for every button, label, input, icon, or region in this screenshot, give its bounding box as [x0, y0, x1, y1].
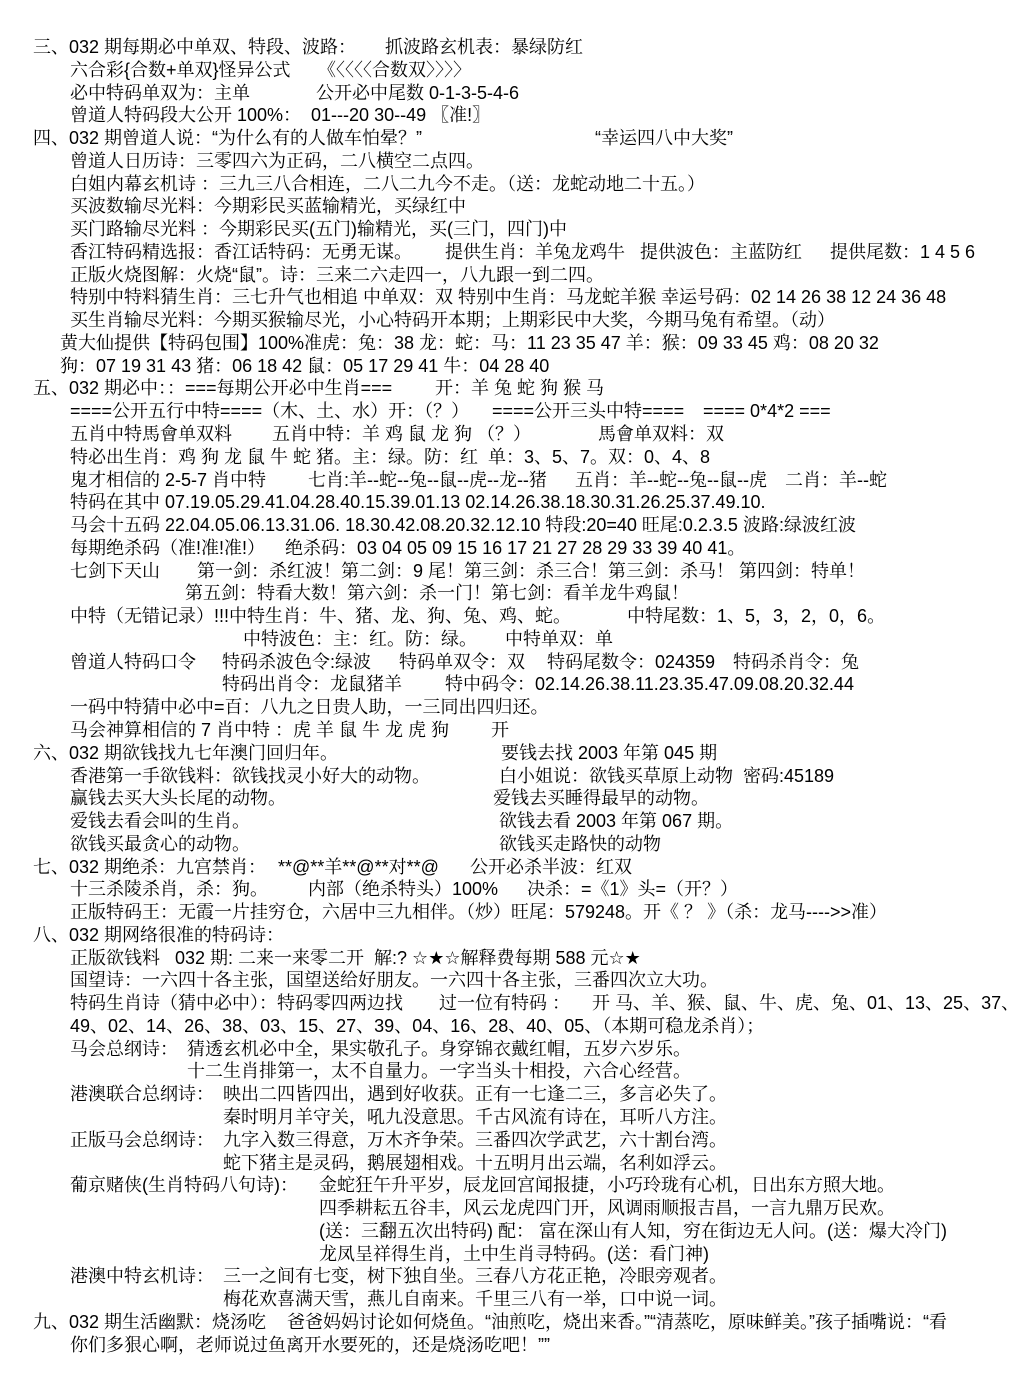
text-line: 正版马会总纲诗： 九字入数三得意，万木齐争荣。三番四次学武艺，六十割台湾。 — [0, 1129, 1024, 1152]
poem-line: 金蛇狂午升平岁，辰龙回宫闻报捷，小巧玲珑有心机，日出东方照大地。 — [319, 1174, 895, 1197]
poem-label: 正版马会总纲诗： — [70, 1129, 214, 1152]
text-line: 赢钱去买大头长尾的动物。 爱钱去买睡得最早的动物。 — [0, 787, 1024, 810]
text-line: 买生肖输尽光料：今期买猴输尽光，小心特码开本期；上期彩民中大奖，今期马兔有希望。… — [0, 309, 1024, 332]
text-line: 每期绝杀码（准!准!准!） 绝杀码：03 04 05 09 15 16 17 2… — [0, 537, 1024, 560]
winning-zodiac: 中特（无错记录）!!!中特生肖：牛、猪、龙、狗、兔、鸡、蛇。 — [70, 605, 571, 628]
zodiac-poem-hint: 过一位有特码 ： — [439, 992, 570, 1015]
text-line: 梅花欢喜满天雪，燕儿自南来。千里三八有一举，口中说一词。 — [0, 1288, 1024, 1311]
text-line: 五肖中特馬會单双料 五肖中特：羊 鸡 鼠 龙 狗 （？） 馬會单双料：双 — [0, 423, 1024, 446]
poem-line: 国望诗：一六四十各主张，国望送给好朋友。一六四十各主张，三番四次立大功。 — [70, 969, 718, 992]
section-3: 三、032 期每期必中单双、特段、波路： 抓波路玄机表：暴绿防红 六合彩{合数+… — [0, 36, 1024, 127]
special-code-king: 正版特码王：无霞一片挂穷仓，六居中三九相伴。（炒）旺尾：579248。开《 ？ … — [70, 901, 887, 924]
poem-line: 映出二四皆四出，遇到好收获。正有一七逢二三，多言必失了。 — [223, 1083, 727, 1106]
slogan-text: “幸运四八中大奖” — [595, 127, 733, 150]
riddle-fee-line: 正版欲钱料 032 期: 二来一来零二开 解:? ☆★☆解释费每期 588 元☆… — [70, 947, 641, 970]
winning-wave-color: 中特波色：主：红。防：绿。 — [243, 628, 477, 651]
poem-line: 猜透玄机必中全，果实敬孔子。身穿锦衣戴红帽，五岁六岁乐。 — [187, 1038, 691, 1061]
zodiac-loss-tip: 买生肖输尽光料：今期买猴输尽光，小心特码开本期；上期彩民中大奖，今期马兔有希望。… — [70, 309, 835, 332]
text-line: 买门路输尽光料 ：今期彩民买(五门)输精光，买(三门，四门)中 — [0, 218, 1024, 241]
text-line: (送：三翻五次出特码) 配： 富在深山有人知，穷在街边无人问。(送：爆大冷门) — [0, 1220, 1024, 1243]
poem-label: 马会总纲诗： — [70, 1038, 178, 1061]
text-line: 曾道人特码口令 特码杀波色令:绿波 特码单双令：双 特码尾数令：024359 特… — [0, 651, 1024, 674]
text-line: 买波数输尽光料：今期彩民买蓝输精光，买绿红中 — [0, 195, 1024, 218]
heading-text: 四、032 期曾道人说：“为什么有的人做车怕晕？” — [33, 127, 422, 150]
text-line: 葡京赌侠(生肖特码八句诗)： 金蛇狂午升平岁，辰龙回宫闻报捷，小巧玲珑有心机，日… — [0, 1174, 1024, 1197]
number-range-tip: 曾道人特码段大公开 100%： 01---20 30--49 〖准!〗 — [70, 104, 490, 127]
three-heads-label: ====公开三头中特==== — [492, 400, 684, 423]
one-code-tip: 一码中特猜中必中=百：八九之日贵人助，一三同出四归还。 — [70, 696, 549, 719]
poem-line: 龙凤呈祥得生肖，土中生肖寻特码。(送：看门神) — [319, 1243, 709, 1266]
zodiac-pick-label: 鬼才相信的 2-5-7 肖中特 — [70, 469, 266, 492]
poem-line: 三一之间有七变，树下独自坐。三春八方花正艳，冷眼旁观者。 — [223, 1265, 727, 1288]
section-heading: 七、032 期绝杀：九宫禁肖： **@**羊**@**对**@ 公开必杀半波：红… — [0, 856, 1024, 879]
nine-palace-code: **@**羊**@**对**@ — [278, 856, 439, 879]
poem-line: 蛇下猪主是灵码，鹅展翅相戏。十五明月出云端，名利如浮云。 — [223, 1152, 727, 1175]
text-line: 秦时明月羊守关，吼九没意思。千古风流有诗在，耳听八方注。 — [0, 1106, 1024, 1129]
text-line: 马会十五码 22.04.05.06.13.31.06. 18.30.42.08.… — [0, 514, 1024, 537]
text-line: 曾道人特码段大公开 100%： 01---20 30--49 〖准!〗 — [0, 104, 1024, 127]
winning-tail-numbers: 中特尾数：1、5，3，2，0，6。 — [627, 605, 885, 628]
zodiac-tip: 提供生肖：羊兔龙鸡牛 — [445, 241, 625, 264]
section-4: 四、032 期曾道人说：“为什么有的人做车怕晕？” “幸运四八中大奖” 曾道人日… — [0, 127, 1024, 377]
final-kill: 决杀：=《1》头=（开？） — [527, 878, 738, 901]
riddle-right: 欲钱去看 2003 年第 067 期。 — [499, 810, 733, 833]
section-7: 七、032 期绝杀：九宫禁肖： **@**羊**@**对**@ 公开必杀半波：红… — [0, 856, 1024, 924]
text-line: 特必出生肖：鸡 狗 龙 鼠 牛 蛇 猪。主：绿。防：红 单：3、5、7。双：0、… — [0, 446, 1024, 469]
joke-text: 爸爸妈妈讨论如何烧鱼。“油煎吃，烧出来香。”“清蒸吃，原味鲜美。”孩子插嘴说：“… — [287, 1311, 947, 1334]
riddle-left: 欲钱买最贪心的动物。 — [70, 833, 250, 856]
five-zodiac-label: 五肖中特馬會单双料 — [70, 423, 232, 446]
three-heads-value: ==== 0*4*2 === — [703, 400, 831, 423]
heading-text: 九、032 期生活幽默：烧汤吃 — [33, 1311, 266, 1334]
text-line: 正版火烧图解：火烧“鼠”。诗：三来二六走四一，八九跟一到二四。 — [0, 264, 1024, 287]
text-line: 特码生肖诗（猜中必中）：特码零四两边找 过一位有特码 ： 开 马、羊、猴、鼠、牛… — [0, 992, 1024, 1015]
text-line: 龙凤呈祥得生肖，土中生肖寻特码。(送：看门神) — [0, 1243, 1024, 1266]
zodiac-kill: 十三杀陵杀肖，杀：狗。 — [70, 878, 268, 901]
zodiac-poem-label: 特码生肖诗（猜中必中）：特码零四两边找 — [70, 992, 403, 1015]
text-line: 蛇下猪主是灵码，鹅展翅相戏。十五明月出云端，名利如浮云。 — [0, 1152, 1024, 1175]
text-line: 特别中特料猜生肖：三七升气也相追 中单双：双 特别中生肖：马龙蛇羊猴 幸运号码：… — [0, 286, 1024, 309]
section-heading: 八、032 期网络很准的特码诗： — [0, 924, 1024, 947]
text-line: 白姐内幕玄机诗 ：三九三八合相连，二八二九今不走。（送：龙蛇动地二十五。） — [0, 173, 1024, 196]
poem-label: 港澳联合总纲诗： — [70, 1083, 214, 1106]
poem-line: 秦时明月羊守关，吼九没意思。千古风流有诗在，耳听八方注。 — [223, 1106, 727, 1129]
must-appear-zodiac: 特必出生肖：鸡 狗 龙 鼠 牛 蛇 猪。主：绿。防：红 单：3、5、7。双：0、… — [70, 446, 710, 469]
text-line: 马会总纲诗： 猜透玄机必中全，果实敬孔子。身穿锦衣戴红帽，五岁六岁乐。 — [0, 1038, 1024, 1061]
heading-text: 五、032 期必中：：===每期公开必中生肖=== — [33, 377, 392, 400]
winning-odd-even: 中特单双：单 — [505, 628, 613, 651]
text-line: 六合彩{合数+单双}怪异公式 《〈〈〈〈合数双〉〉〉〉 — [0, 59, 1024, 82]
number-list: 特码在其中 07.19.05.29.41.04.28.40.15.39.01.1… — [70, 491, 766, 514]
text-line: 中特（无错记录）!!!中特生肖：牛、猪、龙、狗、兔、鸡、蛇。 中特尾数：1、5，… — [0, 605, 1024, 628]
text-line: 黄大仙提供【特码包围】100%准虎：兔：38 龙：蛇：马：11 23 35 47… — [0, 332, 1024, 355]
section-5: 五、032 期必中：：===每期公开必中生肖=== 开：羊 兔 蛇 狗 猴 马 … — [0, 377, 1024, 741]
kill-number-label: 每期绝杀码（准!准!准!） — [70, 537, 265, 560]
text-line: 十三杀陵杀肖，杀：狗。 内部（绝杀特头）100% 决杀：=《1》头=（开？） — [0, 878, 1024, 901]
zodiac-kill-order: 特码杀肖令：兔 — [733, 651, 859, 674]
text-line: 四季耕耘五谷丰，风云龙虎四门开，风调雨顺报吉昌，一言九鼎万民欢。 — [0, 1197, 1024, 1220]
section-6: 六、032 期欲钱找九七年澳门回归年。 要钱去找 2003 年第 045 期 香… — [0, 742, 1024, 856]
heading-text: 七、032 期绝杀：九宫禁肖： — [33, 856, 266, 879]
two-zodiac: 二肖：羊--蛇 — [785, 469, 887, 492]
seven-zodiac: 七肖:羊--蛇--兔--鼠--虎--龙--猪 — [308, 469, 547, 492]
riddle-right: 白小姐说：欲钱买草原上动物 密码:45189 — [499, 765, 834, 788]
text-line: 国望诗：一六四十各主张，国望送给好朋友。一六四十各主张，三番四次立大功。 — [0, 969, 1024, 992]
text-line: 正版欲钱料 032 期: 二来一来零二开 解:? ☆★☆解释费每期 588 元☆… — [0, 947, 1024, 970]
odd-even-value: 馬會单双料：双 — [598, 423, 724, 446]
heading-text: 八、032 期网络很准的特码诗： — [33, 924, 284, 947]
internal-kill: 内部（绝杀特头）100% — [308, 878, 498, 901]
open-text: 开 — [491, 719, 509, 742]
half-wave-kill: 公开必杀半波：红双 — [470, 856, 632, 879]
text-line: 特码出肖令：龙鼠猪羊 特中码令：02.14.26.38.11.23.35.47.… — [0, 673, 1024, 696]
text-line: 一码中特猜中必中=百：八九之日贵人助，一三同出四归还。 — [0, 696, 1024, 719]
kill-number-list: 绝杀码：03 04 05 09 15 16 17 21 27 28 29 33 … — [285, 537, 745, 560]
seven-swords-text: 第五剑：特看大数！第六剑：杀一门！第七剑：看羊龙牛鸡鼠！ — [185, 582, 689, 605]
text-line: 香江特码精选报：香江话特码：无勇无谋。 提供生肖：羊兔龙鸡牛 提供波色：主蓝防红… — [0, 241, 1024, 264]
section-heading: 三、032 期每期必中单双、特段、波路： 抓波路玄机表：暴绿防红 — [0, 36, 1024, 59]
section-8: 八、032 期网络很准的特码诗： 正版欲钱料 032 期: 二来一来零二开 解:… — [0, 924, 1024, 1311]
zodiac-number-list: 49、02、14、26、38、03、15、27、39、04、16、28、40、0… — [70, 1015, 764, 1038]
text-line: 港澳联合总纲诗： 映出二四皆四出，遇到好收获。正有一七逢二三，多言必失了。 — [0, 1083, 1024, 1106]
zodiac-number-list: 黄大仙提供【特码包围】100%准虎：兔：38 龙：蛇：马：11 23 35 47… — [60, 332, 879, 355]
poem-line: 九字入数三得意，万木齐争荣。三番四次学武艺，六十割台湾。 — [223, 1129, 727, 1152]
tail-number-tip: 公开必中尾数 0-1-3-5-4-6 — [316, 82, 519, 105]
lucky-numbers-line: 特别中特料猜生肖：三七升气也相追 中单双：双 特别中生肖：马龙蛇羊猴 幸运号码：… — [70, 286, 946, 309]
heading-text: 三、032 期每期必中单双、特段、波路： — [33, 36, 356, 59]
section-heading: 六、032 期欲钱找九七年澳门回归年。 要钱去找 2003 年第 045 期 — [0, 742, 1024, 765]
text-line: 香港第一手欲钱料：欲钱找灵小好大的动物。 白小姐说：欲钱买草原上动物 密码:45… — [0, 765, 1024, 788]
text-line: 十二生肖排第一，太不自量力。一字当头十相投，六合心经营。 — [0, 1060, 1024, 1083]
wave-color-tip: 提供波色：主蓝防红 — [640, 241, 802, 264]
text-line: 中特波色：主：红。防：绿。 中特单双：单 — [0, 628, 1024, 651]
joke-text: 你们多狠心啊，老师说过鱼离开水要死的，还是烧汤吃吧！”” — [70, 1334, 550, 1357]
text-line: 欲钱买最贪心的动物。 欲钱买走路快的动物 — [0, 833, 1024, 856]
odd-even-tip: 必中特码单双为：主单 — [70, 82, 250, 105]
text-line: 第五剑：特看大数！第六剑：杀一门！第七剑：看羊龙牛鸡鼠！ — [0, 582, 1024, 605]
section-9: 九、032 期生活幽默：烧汤吃 爸爸妈妈讨论如何烧鱼。“油煎吃，烧出来香。”“清… — [0, 1311, 1024, 1357]
fire-chart-tip: 正版火烧图解：火烧“鼠”。诗：三来二六走四一，八九跟一到二四。 — [70, 264, 604, 287]
five-zodiac-value: 五肖中特：羊 鸡 鼠 龙 狗 （？） — [272, 423, 531, 446]
riddle-right: 爱钱去买睡得最早的动物。 — [493, 787, 709, 810]
tail-number-tip: 提供尾数：1 4 5 6 — [830, 241, 975, 264]
poem-label: 葡京赌侠(生肖特码八句诗)： — [70, 1174, 298, 1197]
zodiac-open-list: 开：羊 兔 蛇 狗 猴 马 — [435, 377, 604, 400]
five-elements-tip: ====公开五行中特====（木、土、水）开：（？） — [70, 400, 469, 423]
special-number-order: 特中码令：02.14.26.38.11.23.35.47.09.08.20.32… — [445, 673, 854, 696]
document-page: 三、032 期每期必中单双、特段、波路： 抓波路玄机表：暴绿防红 六合彩{合数+… — [0, 0, 1024, 1388]
selection-report: 香江特码精选报：香江话特码：无勇无谋。 — [70, 241, 412, 264]
text-line: 你们多狠心啊，老师说过鱼离开水要死的，还是烧汤吃吧！”” — [0, 1334, 1024, 1357]
text-line: 必中特码单双为：主单 公开必中尾数 0-1-3-5-4-6 — [0, 82, 1024, 105]
zodiac-number-list: 狗：07 19 31 43 猪：06 18 42 鼠：05 17 29 41 牛… — [60, 355, 549, 378]
riddle-right: 欲钱买走路快的动物 — [499, 833, 661, 856]
five-zodiac: 五肖：羊--蛇--兔--鼠--虎 — [575, 469, 767, 492]
seven-zodiac-tip: 马会神算相信的 7 肖中特 ：虎 羊 鼠 牛 龙 虎 狗 — [70, 719, 449, 742]
mystery-poem: 白姐内幕玄机诗 ：三九三八合相连，二八二九今不走。（送：龙蛇动地二十五。） — [70, 173, 705, 196]
seven-swords-text: 第一剑：杀红波！第二剑：9 尾！第三剑：杀三合！第三剑：杀马！ 第四剑：特单！ — [197, 560, 865, 583]
wave-tip-text: 抓波路玄机表：暴绿防红 — [385, 36, 583, 59]
riddle-left: 赢钱去买大头长尾的动物。 — [70, 787, 286, 810]
section-heading: 四、032 期曾道人说：“为什么有的人做车怕晕？” “幸运四八中大奖” — [0, 127, 1024, 150]
text-line: ====公开五行中特====（木、土、水）开：（？） ====公开三头中特===… — [0, 400, 1024, 423]
wave-kill-order: 特码杀波色令:绿波 — [222, 651, 371, 674]
riddle-right: 要钱去找 2003 年第 045 期 — [501, 742, 717, 765]
text-line: 鬼才相信的 2-5-7 肖中特 七肖:羊--蛇--兔--鼠--虎--龙--猪 五… — [0, 469, 1024, 492]
password-label: 曾道人特码口令 — [70, 651, 196, 674]
riddle-left: 爱钱去看会叫的生肖。 — [70, 810, 250, 833]
riddle-left: 香港第一手欲钱料：欲钱找灵小好大的动物。 — [70, 765, 430, 788]
odd-even-order: 特码单双令：双 — [399, 651, 525, 674]
text-line: 七剑下天山 第一剑：杀红波！第二剑：9 尾！第三剑：杀三合！第三剑：杀马！ 第四… — [0, 560, 1024, 583]
zodiac-out-order: 特码出肖令：龙鼠猪羊 — [222, 673, 402, 696]
fifteen-numbers: 马会十五码 22.04.05.06.13.31.06. 18.30.42.08.… — [70, 514, 856, 537]
formula-value: 《〈〈〈〈合数双〉〉〉〉 — [318, 59, 471, 82]
text-line: 特码在其中 07.19.05.29.41.04.28.40.15.39.01.1… — [0, 491, 1024, 514]
poem-line: (送：三翻五次出特码) 配： 富在深山有人知，穷在街边无人问。(送：爆大冷门) — [319, 1220, 947, 1243]
calendar-poem: 曾道人日历诗：三零四六为正码，二八横空二点四。 — [70, 150, 484, 173]
text-line: 马会神算相信的 7 肖中特 ：虎 羊 鼠 牛 龙 虎 狗 开 — [0, 719, 1024, 742]
text-line: 狗：07 19 31 43 猪：06 18 42 鼠：05 17 29 41 牛… — [0, 355, 1024, 378]
text-line: 正版特码王：无霞一片挂穷仓，六居中三九相伴。（炒）旺尾：579248。开《 ？ … — [0, 901, 1024, 924]
heading-text: 六、032 期欲钱找九七年澳门回归年。 — [33, 742, 338, 765]
text-line: 曾道人日历诗：三零四六为正码，二八横空二点四。 — [0, 150, 1024, 173]
text-line: 49、02、14、26、38、03、15、27、39、04、16、28、40、0… — [0, 1015, 1024, 1038]
poem-line: 四季耕耘五谷丰，风云龙虎四门开，风调雨顺报吉昌，一言九鼎万民欢。 — [319, 1197, 895, 1220]
section-heading: 九、032 期生活幽默：烧汤吃 爸爸妈妈讨论如何烧鱼。“油煎吃，烧出来香。”“清… — [0, 1311, 1024, 1334]
text-line: 爱钱去看会叫的生肖。 欲钱去看 2003 年第 067 期。 — [0, 810, 1024, 833]
door-tip-text: 买门路输尽光料 ：今期彩民买(五门)输精光，买(三门，四门)中 — [70, 218, 567, 241]
formula-label: 六合彩{合数+单双}怪异公式 — [70, 59, 291, 82]
section-heading: 五、032 期必中：：===每期公开必中生肖=== 开：羊 兔 蛇 狗 猴 马 — [0, 377, 1024, 400]
wave-tip-text: 买波数输尽光料：今期彩民买蓝输精光，买绿红中 — [70, 195, 466, 218]
zodiac-number-list: 开 马、羊、猴、鼠、牛、虎、兔、01、13、25、37、 — [592, 992, 1019, 1015]
poem-line: 十二生肖排第一，太不自量力。一字当头十相投，六合心经营。 — [187, 1060, 691, 1083]
text-line: 港澳中特玄机诗： 三一之间有七变，树下独自坐。三春八方花正艳，冷眼旁观者。 — [0, 1265, 1024, 1288]
tail-number-order: 特码尾数令：024359 — [547, 651, 715, 674]
poem-line: 梅花欢喜满天雪，燕儿自南来。千里三八有一举，口中说一词。 — [223, 1288, 727, 1311]
poem-label: 港澳中特玄机诗： — [70, 1265, 214, 1288]
seven-swords-label: 七剑下天山 — [70, 560, 160, 583]
